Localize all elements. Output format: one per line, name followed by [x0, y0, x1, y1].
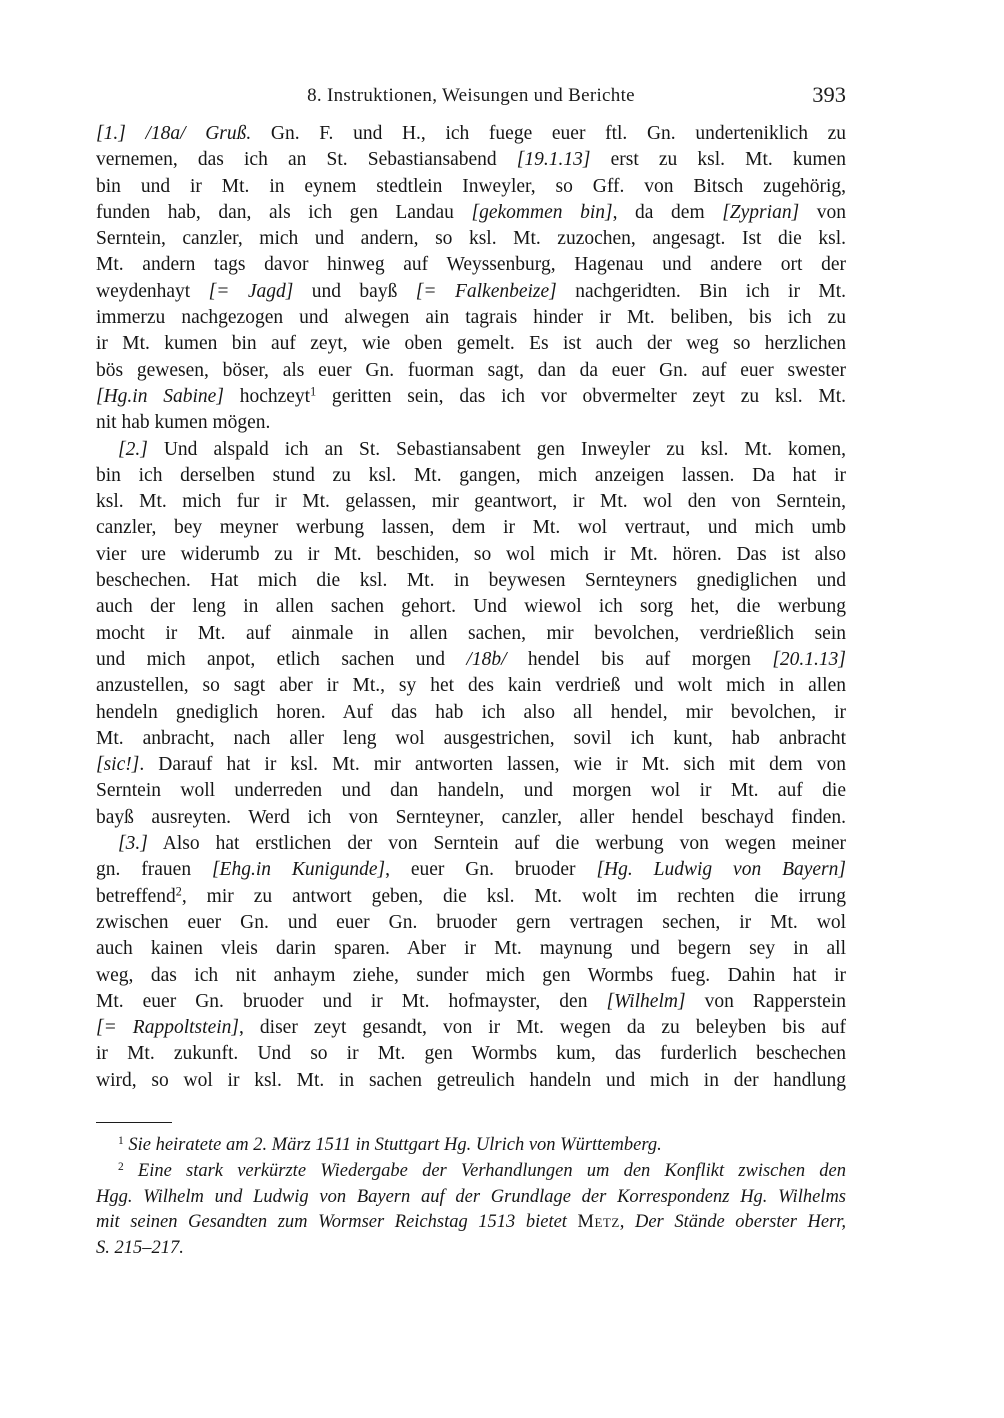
text-segment: beschechen. Hat mich die ksl. Mt. in bey… [96, 570, 846, 591]
text-segment: Also hat erstlichen der von Serntein auf… [148, 833, 846, 854]
text-segment: Metz [578, 1212, 620, 1232]
text-segment: [Hg. Ludwig von Bayern] [596, 859, 846, 880]
text-line: Hgg. Wilhelm und Ludwig von Bayern auf d… [96, 1185, 846, 1211]
text-line: hendeln gnediglich horen. Auf das hab ic… [96, 700, 846, 726]
text-segment: vier ure widerumb zu ir Mt. beschiden, s… [96, 544, 846, 565]
footnotes: 1 Sie heiratete am 2. März 1511 in Stutt… [96, 1133, 846, 1262]
text-line: und mich anpot, etlich sachen und /18b/ … [96, 647, 846, 673]
text-segment: und mich anpot, etlich sachen und [96, 649, 466, 670]
text-line: nit hab kumen mögen. [96, 410, 846, 436]
text-segment: [19.1.13] [517, 149, 591, 170]
text-line: mocht ir Mt. auf ainmale in allen sachen… [96, 621, 846, 647]
text-line: funden hab, dan, als ich gen Landau [gek… [96, 200, 846, 226]
text-segment: Serntein, canzler, mich und andern, so k… [96, 228, 846, 249]
text-segment: Gn. F. und H., ich fuege euer ftl. Gn. u… [251, 123, 846, 144]
paragraph: [2.] Und alspald ich an St. Sebastiansab… [96, 437, 846, 831]
text-segment: [= Jagd] [209, 281, 294, 302]
text-segment: [gekommen bin] [472, 202, 613, 223]
text-line: Mt. andern tags davor hinweg auf Weyssen… [96, 252, 846, 278]
text-line: 2 Eine stark verkürzte Wiedergabe der Ve… [96, 1159, 846, 1185]
text-line: weydenhayt [= Jagd] und bayß [= Falkenbe… [96, 279, 846, 305]
text-segment: Mt. andern tags davor hinweg auf Weyssen… [96, 254, 846, 275]
text-segment: bös gewesen, böser, als euer Gn. fuorman… [96, 360, 846, 381]
text-line: zwischen euer Gn. und euer Gn. bruoder g… [96, 910, 846, 936]
text-segment: hochzeyt [224, 386, 310, 407]
text-line: ir Mt. zukunft. Und so ir Mt. gen Wormbs… [96, 1041, 846, 1067]
text-line: [3.] Also hat erstlichen der von Serntei… [96, 831, 846, 857]
text-segment: gn. frauen [96, 859, 212, 880]
text-line: mit seinen Gesandten zum Wormser Reichst… [96, 1210, 846, 1236]
text-line: Serntein woll underreden und dan handeln… [96, 778, 846, 804]
page-number: 393 [812, 82, 846, 108]
text-line: immerzu nachgezogen und alwegen ain tagr… [96, 305, 846, 331]
text-line: [sic!]. Darauf hat ir ksl. Mt. mir antwo… [96, 752, 846, 778]
text-line: anzustellen, so sagt aber ir Mt., sy het… [96, 673, 846, 699]
running-title: 8. Instruktionen, Weisungen und Berichte [96, 85, 846, 107]
text-segment: bin ich derselben stund zu ksl. Mt. gang… [96, 465, 846, 486]
text-segment: canzler, bey meyner werbung lassen, dem … [96, 517, 846, 538]
text-segment: wird, so wol ir ksl. Mt. in sachen getre… [96, 1070, 846, 1091]
text-segment: vernemen, das ich an St. Sebastiansabend [96, 149, 517, 170]
text-line: [2.] Und alspald ich an St. Sebastiansab… [96, 437, 846, 463]
text-line: bin und ir Mt. in eynem stedtlein Inweyl… [96, 174, 846, 200]
text-segment: hendel bis auf morgen [507, 649, 773, 670]
text-segment: Serntein woll underreden und dan handeln… [96, 780, 846, 801]
text-segment: ksl. Mt. mich fur ir Mt. gelassen, mir g… [96, 491, 846, 512]
text-segment: [= Falkenbeize] [416, 281, 557, 302]
text-segment: zwischen euer Gn. und euer Gn. bruoder g… [96, 912, 846, 933]
text-segment: weg, das ich nit anhaym ziehe, sunder mi… [96, 965, 846, 986]
text-line: beschechen. Hat mich die ksl. Mt. in bey… [96, 568, 846, 594]
text-segment: [Ehg.in Kunigunde] [212, 859, 385, 880]
text-segment: und bayß [293, 281, 415, 302]
text-segment: [3.] [118, 833, 148, 854]
text-line: S. 215–217. [96, 1236, 846, 1262]
text-segment: Und alspald ich an St. Sebastiansabent g… [148, 439, 846, 460]
text-segment: ir Mt. zukunft. Und so ir Mt. gen Wormbs… [96, 1043, 846, 1064]
text-line: ir Mt. kumen bin auf zeyt, wie oben geme… [96, 331, 846, 357]
text-segment: weydenhayt [96, 281, 209, 302]
text-segment: funden hab, dan, als ich gen Landau [96, 202, 472, 223]
text-line: wird, so wol ir ksl. Mt. in sachen getre… [96, 1068, 846, 1094]
text-line: Mt. euer Gn. bruoder und ir Mt. hofmayst… [96, 989, 846, 1015]
text-segment: Mt. euer Gn. bruoder und ir Mt. hofmayst… [96, 991, 606, 1012]
text-segment: Mt. anbracht, nach aller leng wol ausges… [96, 728, 846, 749]
text-segment: , mir zu antwort geben, die ksl. Mt. wol… [182, 886, 846, 907]
text-segment: anzustellen, so sagt aber ir Mt., sy het… [96, 675, 846, 696]
text-segment: , Der Stände oberster Herr, [620, 1212, 846, 1232]
text-segment: auch der leng in allen sachen gehort. Un… [96, 596, 846, 617]
paragraph: [1.] /18a/ Gruß. Gn. F. und H., ich fueg… [96, 121, 846, 437]
paragraph: [3.] Also hat erstlichen der von Serntei… [96, 831, 846, 1094]
footnote: 2 Eine stark verkürzte Wiedergabe der Ve… [96, 1159, 846, 1262]
text-segment: , da dem [613, 202, 723, 223]
text-line: vier ure widerumb zu ir Mt. beschiden, s… [96, 542, 846, 568]
text-segment: ir Mt. kumen bin auf zeyt, wie oben geme… [96, 333, 846, 354]
text-line: ksl. Mt. mich fur ir Mt. gelassen, mir g… [96, 489, 846, 515]
text-segment: erst zu ksl. Mt. kumen [590, 149, 846, 170]
text-line: [1.] /18a/ Gruß. Gn. F. und H., ich fueg… [96, 121, 846, 147]
text-line: vernemen, das ich an St. Sebastiansabend… [96, 147, 846, 173]
text-segment: nit hab kumen mögen. [96, 412, 270, 433]
text-line: betreffend2, mir zu antwort geben, die k… [96, 884, 846, 910]
text-segment: S. 215–217. [96, 1238, 184, 1258]
text-segment: von Rapperstein [686, 991, 846, 1012]
text-segment: bayß ausreyten. Werd ich von Sernteyner,… [96, 807, 846, 828]
text-segment: [= Rappoltstein] [96, 1017, 239, 1038]
text-segment: [Zyprian] [722, 202, 799, 223]
text-segment: Hgg. Wilhelm und Ludwig von Bayern auf d… [96, 1187, 846, 1207]
footnote-separator-rule [96, 1122, 172, 1123]
text-line: Serntein, canzler, mich und andern, so k… [96, 226, 846, 252]
text-segment: [sic!] [96, 754, 139, 775]
running-head: 8. Instruktionen, Weisungen und Berichte… [96, 85, 846, 111]
text-segment: [20.1.13] [772, 649, 846, 670]
text-line: bayß ausreyten. Werd ich von Sernteyner,… [96, 805, 846, 831]
text-line: [= Rappoltstein], diser zeyt gesandt, vo… [96, 1015, 846, 1041]
text-segment: mit seinen Gesandten zum Wormser Reichst… [96, 1212, 578, 1232]
text-line: auch der leng in allen sachen gehort. Un… [96, 594, 846, 620]
text-segment: nachgeridten. Bin ich ir Mt. [557, 281, 846, 302]
text-line: auch kainen vleis darin sparen. Aber ir … [96, 936, 846, 962]
footnote: 1 Sie heiratete am 2. März 1511 in Stutt… [96, 1133, 846, 1159]
text-segment: geritten sein, das ich vor obvermelter z… [316, 386, 846, 407]
text-segment: [Hg.in Sabine] [96, 386, 224, 407]
text-line: Mt. anbracht, nach aller leng wol ausges… [96, 726, 846, 752]
text-segment: von [799, 202, 846, 223]
book-page: 8. Instruktionen, Weisungen und Berichte… [0, 0, 1004, 1418]
text-line: 1 Sie heiratete am 2. März 1511 in Stutt… [96, 1133, 846, 1159]
text-segment: hendeln gnediglich horen. Auf das hab ic… [96, 702, 846, 723]
text-segment: auch kainen vleis darin sparen. Aber ir … [96, 938, 846, 959]
text-segment: bin und ir Mt. in eynem stedtlein Inweyl… [96, 176, 846, 197]
text-segment: /18b/ [466, 649, 506, 670]
text-line: gn. frauen [Ehg.in Kunigunde], euer Gn. … [96, 857, 846, 883]
text-line: bin ich derselben stund zu ksl. Mt. gang… [96, 463, 846, 489]
text-line: weg, das ich nit anhaym ziehe, sunder mi… [96, 963, 846, 989]
text-line: canzler, bey meyner werbung lassen, dem … [96, 515, 846, 541]
text-line: [Hg.in Sabine] hochzeyt1 geritten sein, … [96, 384, 846, 410]
body-text: [1.] /18a/ Gruß. Gn. F. und H., ich fueg… [96, 121, 846, 1094]
text-segment: [1.] /18a/ Gruß. [96, 123, 251, 144]
text-line: bös gewesen, böser, als euer Gn. fuorman… [96, 358, 846, 384]
text-segment: mocht ir Mt. auf ainmale in allen sachen… [96, 623, 846, 644]
text-segment: Sie heiratete am 2. März 1511 in Stuttga… [124, 1135, 662, 1155]
text-segment: Eine stark verkürzte Wiedergabe der Verh… [124, 1161, 846, 1181]
text-segment: betreffend [96, 886, 176, 907]
text-segment: , diser zeyt gesandt, von ir Mt. wegen d… [239, 1017, 846, 1038]
text-segment: . Darauf hat ir ksl. Mt. mir antworten l… [139, 754, 846, 775]
text-segment: , euer Gn. bruoder [385, 859, 596, 880]
text-segment: immerzu nachgezogen und alwegen ain tagr… [96, 307, 846, 328]
text-segment: [Wilhelm] [606, 991, 685, 1012]
text-segment: [2.] [118, 439, 148, 460]
